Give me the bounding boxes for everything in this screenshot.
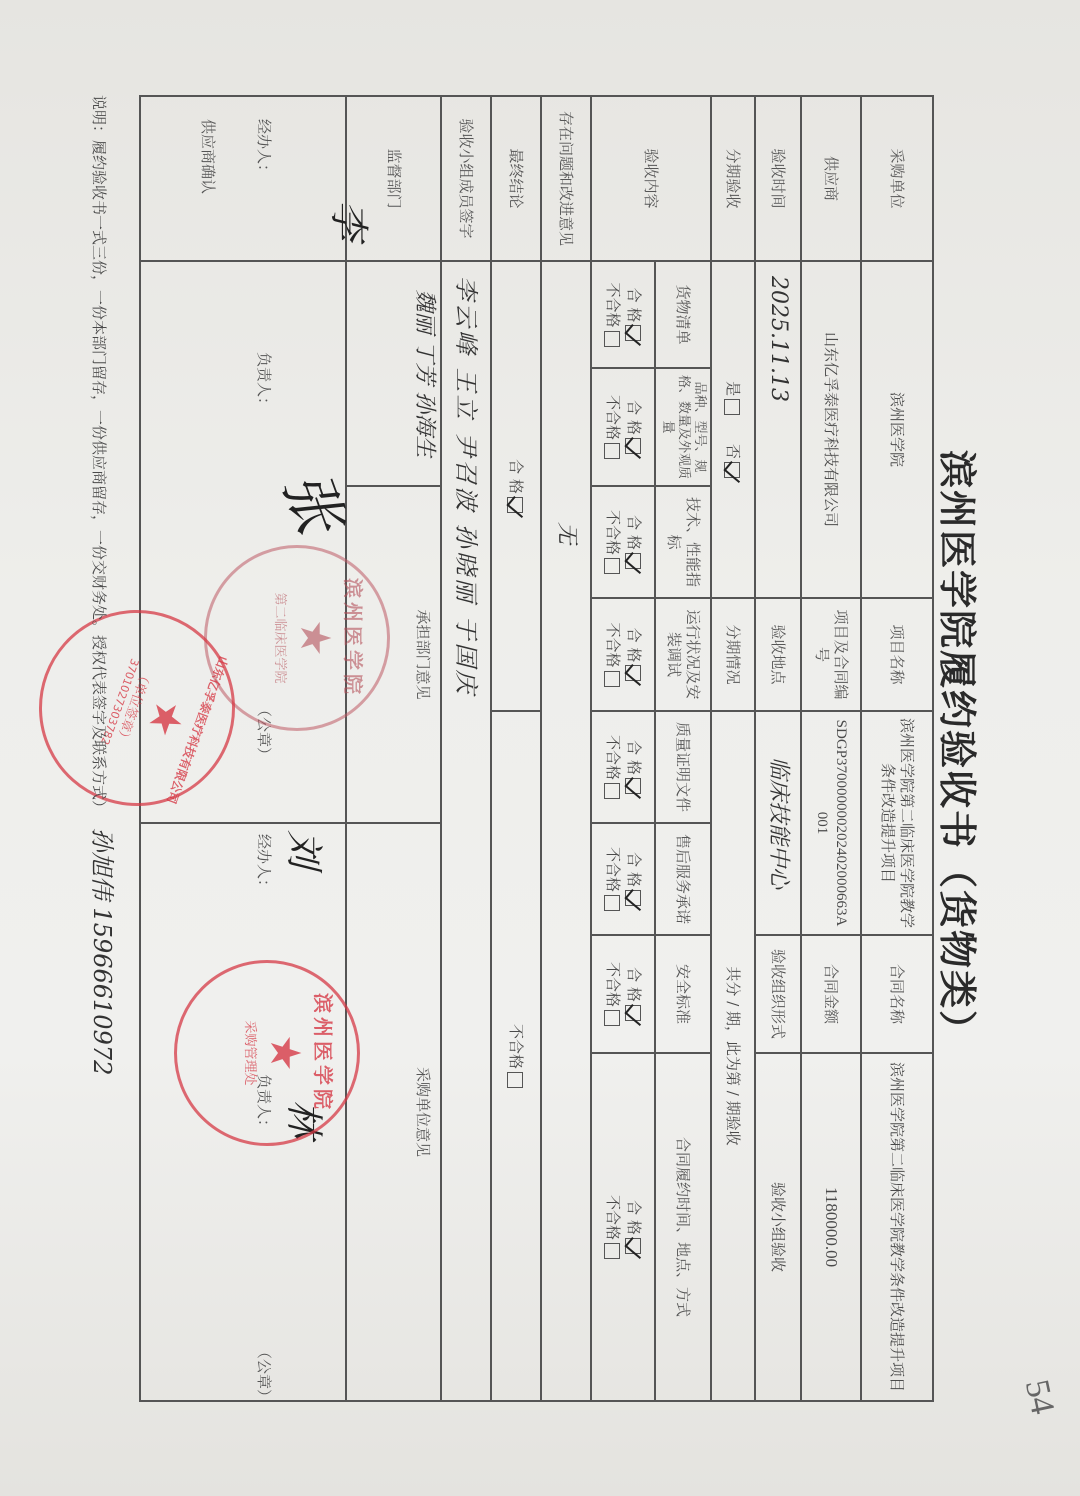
footer-signature-contact: 孙旭伟 15966610972 xyxy=(88,828,116,1076)
result-pass[interactable]: 合 格 xyxy=(624,375,643,479)
checkbox-fail[interactable] xyxy=(604,671,620,687)
label-staged-acceptance: 分期验收 xyxy=(711,96,755,261)
label-purchaser: 采购单位 xyxy=(861,96,933,261)
staged-option-yes[interactable]: 是 xyxy=(724,381,742,420)
checkbox-fail[interactable] xyxy=(604,331,620,347)
result-pass[interactable]: 合 格 xyxy=(624,605,643,704)
result-pass[interactable]: 合 格 xyxy=(624,1060,643,1394)
row-acceptance-items: 验收内容 货物清单 品种、型号、规格、数量及外观质量 技术、性能指标 运行状况及… xyxy=(655,96,711,1401)
row-acceptance-results: 合 格不合格合 格不合格合 格不合格合 格不合格合 格不合格合 格不合格合 格不… xyxy=(591,96,655,1401)
checkbox-final-fail[interactable] xyxy=(507,1072,523,1088)
checkbox-pass[interactable] xyxy=(625,890,641,906)
row-final-conclusion: 最终结论 合 格 不合格 xyxy=(491,96,541,1401)
acceptance-result: 合 格不合格 xyxy=(591,261,655,368)
checkbox-final-pass[interactable] xyxy=(507,497,523,513)
row-purchaser: 采购单位 滨州医学院 项目名称 滨州医学院第二临床医学院教学条件改造提升项目 合… xyxy=(861,96,933,1401)
supplier-handler-signature: 李 xyxy=(323,200,380,240)
label-final-conclusion: 最终结论 xyxy=(491,96,541,261)
acceptance-result: 合 格不合格 xyxy=(591,486,655,598)
purchaser-handler-signature: 刘 xyxy=(280,830,335,868)
purchaser-stamp: 滨州医学院 ★ 采购管理处 xyxy=(174,960,360,1146)
result-pass[interactable]: 合 格 xyxy=(624,268,643,361)
label-purchaser-seal: （公章） xyxy=(254,1344,273,1400)
result-pass[interactable]: 合 格 xyxy=(624,942,643,1046)
final-pass[interactable]: 合 格 xyxy=(491,261,541,711)
label-contract-amount: 合同金额 xyxy=(801,935,861,1053)
label-issues: 存在问题和改进意见 xyxy=(541,96,591,261)
row-supplier: 供应商 山东亿孚泰医疗科技有限公司 项目及合同编号 SDGP3700000002… xyxy=(801,96,861,1401)
value-staged-status: 共分 / 期，此为第 / 期验收 xyxy=(711,711,755,1401)
result-fail[interactable]: 不合格 xyxy=(603,942,622,1046)
staged-options: 是 否 xyxy=(711,261,755,598)
item-name: 质量证明文件 xyxy=(655,711,711,823)
label-supplier: 供应商 xyxy=(801,96,861,261)
row-team-signatures: 验收小组成员签字 李云峰 王立 尹召波 孙晓丽 于国庆 xyxy=(441,96,491,1401)
stamp-star-icon: ★ xyxy=(291,548,340,728)
stamp-star-icon: ★ xyxy=(261,963,310,1143)
label-acceptance-time: 验收时间 xyxy=(755,96,801,261)
acceptance-result: 合 格不合格 xyxy=(591,823,655,935)
team-signatures-line1: 李云峰 王立 尹召波 孙晓丽 于国庆 xyxy=(441,261,491,1401)
item-name: 合同履约时间、地点、方式 xyxy=(655,1053,711,1401)
purchaser-opinion-cell: 采购单位意见 xyxy=(346,823,441,1401)
value-contract-amount: 1180000.00 xyxy=(801,1053,861,1401)
item-name: 技术、性能指标 xyxy=(655,486,711,598)
value-acceptance-org-form: 验收小组验收 xyxy=(755,1053,801,1401)
footer-note-text: 说明：履约验收书一式三份，一份本部门留存，一份供应商留存，一份交财务处。授权代表… xyxy=(90,95,108,815)
checkbox-pass[interactable] xyxy=(625,1238,641,1254)
result-pass[interactable]: 合 格 xyxy=(624,493,643,591)
value-project-name: 滨州医学院第二临床医学院教学条件改造提升项目 xyxy=(861,711,933,935)
label-supplier-confirm: 供应商确认 xyxy=(198,119,217,194)
checkbox-fail[interactable] xyxy=(604,895,620,911)
final-fail[interactable]: 不合格 xyxy=(491,711,541,1401)
value-project-contract-no: SDGP370000000202402000663A 001 xyxy=(801,711,861,935)
checkbox-pass[interactable] xyxy=(625,438,641,454)
label-purchaser-handler: 经办人： xyxy=(254,834,273,894)
label-acceptance-org-form: 验收组织形式 xyxy=(755,935,801,1053)
acceptance-result: 合 格不合格 xyxy=(591,1053,655,1401)
checkbox-pass[interactable] xyxy=(625,1005,641,1021)
label-responsible-person: 负责人： xyxy=(254,352,273,412)
acceptance-result: 合 格不合格 xyxy=(591,598,655,711)
checkbox-staged-no[interactable] xyxy=(724,462,740,478)
row-acceptance-time: 验收时间 2025.11.13 验收地点 临床技能中心 验收组织形式 验收小组验… xyxy=(755,96,801,1401)
checkbox-staged-yes[interactable] xyxy=(724,399,740,415)
form-title: 滨州医学院履约验收书（货物类） xyxy=(933,250,988,1250)
acceptance-result: 合 格不合格 xyxy=(591,368,655,486)
label-staged-status: 分期情况 xyxy=(711,598,755,711)
acceptance-result: 合 格不合格 xyxy=(591,711,655,823)
result-fail[interactable]: 不合格 xyxy=(603,375,622,479)
checkbox-fail[interactable] xyxy=(604,1243,620,1259)
label-acceptance-location: 验收地点 xyxy=(755,598,801,711)
checkbox-pass[interactable] xyxy=(625,665,641,681)
label-supplier-handler: 经办人： xyxy=(254,119,273,179)
result-pass[interactable]: 合 格 xyxy=(624,830,643,928)
item-name: 品种、型号、规格、数量及外观质量 xyxy=(655,368,711,486)
checkbox-fail[interactable] xyxy=(604,1010,620,1026)
checkbox-pass[interactable] xyxy=(625,325,641,341)
value-purchaser: 滨州医学院 xyxy=(861,261,933,598)
value-acceptance-location: 临床技能中心 xyxy=(755,711,801,935)
label-contract-name: 合同名称 xyxy=(861,935,933,1053)
result-fail[interactable]: 不合格 xyxy=(603,718,622,816)
row-staged: 分期验收 是 否 分期情况 共分 / 期，此为第 / 期验收 xyxy=(711,96,755,1401)
acceptance-form-page: 滨州医学院履约验收书（货物类） 54 采购单位 滨州医学院 项目名称 滨州医学院… xyxy=(0,0,1080,1496)
label-project-contract-no: 项目及合同编号 xyxy=(801,598,861,711)
label-project-name: 项目名称 xyxy=(861,598,933,711)
result-fail[interactable]: 不合格 xyxy=(603,1060,622,1394)
result-pass[interactable]: 合 格 xyxy=(624,718,643,816)
result-fail[interactable]: 不合格 xyxy=(603,605,622,704)
result-fail[interactable]: 不合格 xyxy=(603,830,622,928)
checkbox-fail[interactable] xyxy=(604,783,620,799)
item-name: 货物清单 xyxy=(655,261,711,368)
page-number: 54 xyxy=(1017,1376,1061,1417)
result-fail[interactable]: 不合格 xyxy=(603,493,622,591)
row-issues: 存在问题和改进意见 无 xyxy=(541,96,591,1401)
value-contract-name: 滨州医学院第二临床医学院教学条件改造提升项目 xyxy=(861,1053,933,1401)
checkbox-fail[interactable] xyxy=(604,558,620,574)
acceptance-result: 合 格不合格 xyxy=(591,935,655,1053)
supervision-signature: 魏丽 丁芳 孙海生 xyxy=(346,261,441,486)
item-name: 运行状况及安装调试 xyxy=(655,598,711,711)
result-fail[interactable]: 不合格 xyxy=(603,268,622,361)
label-acceptance-content: 验收内容 xyxy=(591,96,711,261)
value-supplier: 山东亿孚泰医疗科技有限公司 xyxy=(801,261,861,598)
item-name: 售后服务承诺 xyxy=(655,823,711,935)
staged-option-no[interactable]: 否 xyxy=(724,444,742,478)
label-purchaser-opinion: 采购单位意见 xyxy=(413,830,432,1394)
acceptance-table: 采购单位 滨州医学院 项目名称 滨州医学院第二临床医学院教学条件改造提升项目 合… xyxy=(139,95,934,1402)
row-departments: 监督部门 魏丽 丁芳 孙海生 承担部门意见 采购单位意见 xyxy=(346,96,441,1401)
checkbox-fail[interactable] xyxy=(604,443,620,459)
label-supplier-confirm-cell: 供应商确认 经办人： xyxy=(140,96,346,261)
value-issues: 无 xyxy=(541,261,591,1401)
checkbox-pass[interactable] xyxy=(625,553,641,569)
checkbox-pass[interactable] xyxy=(625,778,641,794)
footer-note: 说明：履约验收书一式三份，一份本部门留存，一份供应商留存，一份交财务处。授权代表… xyxy=(87,95,122,1400)
label-responsible-dept-opinion: 承担部门意见 xyxy=(413,493,432,816)
item-name: 安全标准 xyxy=(655,935,711,1053)
label-team-signatures: 验收小组成员签字 xyxy=(441,96,491,261)
value-acceptance-time: 2025.11.13 xyxy=(755,261,801,598)
